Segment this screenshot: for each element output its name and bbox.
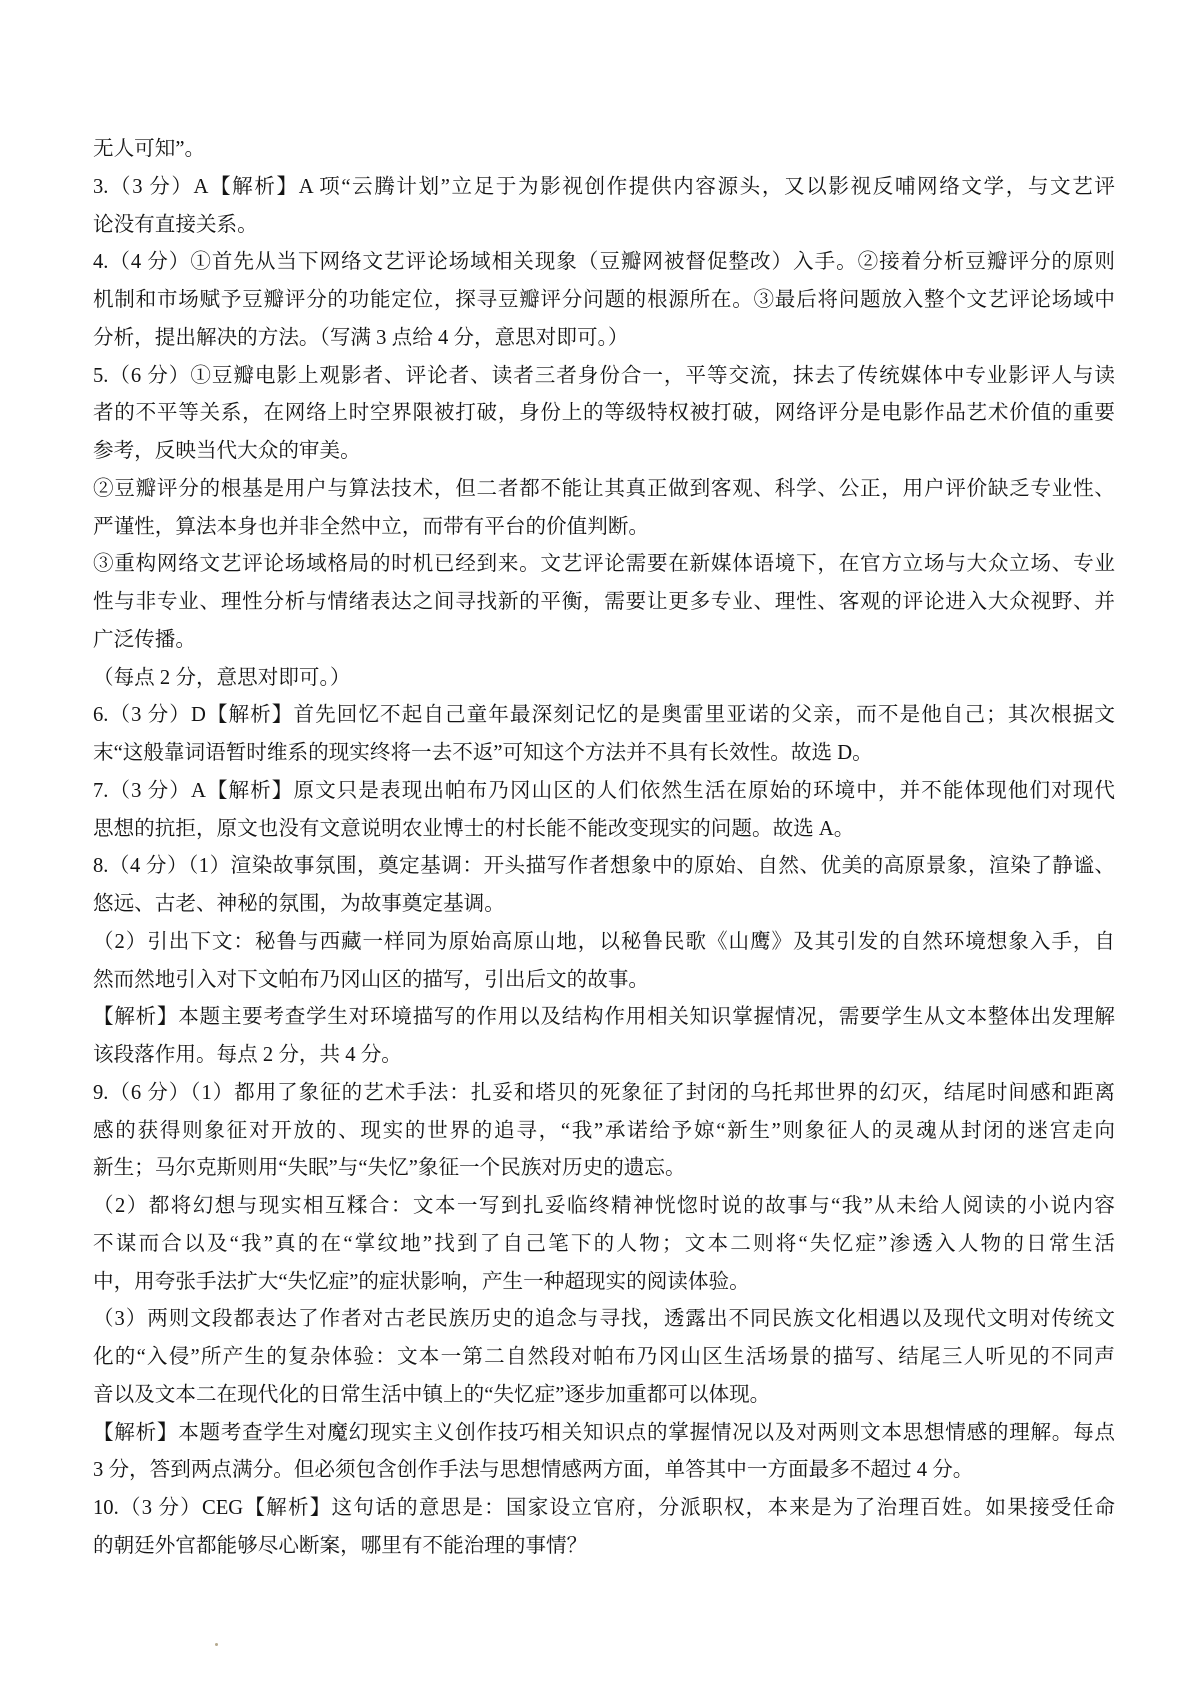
text-line: 论没有直接关系。 <box>93 207 1115 245</box>
text-line: ③重构网络文艺评论场域格局的时机已经到来。文艺评论需要在新媒体语境下，在官方立场… <box>93 546 1115 584</box>
text-line: 思想的抗拒，原文也没有文意说明农业博士的村长能不能改变现实的问题。故选 A。 <box>93 811 1115 849</box>
text-line: 4.（4 分）①首先从当下网络文艺评论场域相关现象（豆瓣网被督促整改）入手。②接… <box>93 244 1115 282</box>
text-line: 3.（3 分）A【解析】A 项“云腾计划”立足于为影视创作提供内容源头，又以影视… <box>93 169 1115 207</box>
text-line: 性与非专业、理性分析与情绪表达之间寻找新的平衡，需要让更多专业、理性、客观的评论… <box>93 584 1115 622</box>
text-line: （2）都将幻想与现实相互糅合：文本一写到扎妥临终精神恍惚时说的故事与“我”从未给… <box>93 1188 1115 1226</box>
text-line: 无人可知”。 <box>93 131 1115 169</box>
answer-text-block: 无人可知”。3.（3 分）A【解析】A 项“云腾计划”立足于为影视创作提供内容源… <box>93 131 1115 1566</box>
text-line: 感的获得则象征对开放的、现实的世界的追寻，“我”承诺给予婛“新生”则象征人的灵魂… <box>93 1113 1115 1151</box>
text-line: 7.（3 分）A【解析】原文只是表现出帕布乃冈山区的人们依然生活在原始的环境中，… <box>93 773 1115 811</box>
text-line: 5.（6 分）①豆瓣电影上观影者、评论者、读者三者身份合一，平等交流，抹去了传统… <box>93 358 1115 396</box>
text-line: 音以及文本二在现代化的日常生活中镇上的“失忆症”逐步加重都可以体现。 <box>93 1377 1115 1415</box>
text-line: 中，用夸张手法扩大“失忆症”的症状影响，产生一种超现实的阅读体验。 <box>93 1264 1115 1302</box>
text-line: 参考，反映当代大众的审美。 <box>93 433 1115 471</box>
text-line: 3 分，答到两点满分。但必须包含创作手法与思想情感两方面，单答其中一方面最多不超… <box>93 1452 1115 1490</box>
scan-speck <box>215 1643 218 1646</box>
text-line: （2）引出下文：秘鲁与西藏一样同为原始高原山地，以秘鲁民歌《山鹰》及其引发的自然… <box>93 924 1115 962</box>
text-line: 严谨性，算法本身也并非全然中立，而带有平台的价值判断。 <box>93 509 1115 547</box>
text-line: 然而然地引入对下文帕布乃冈山区的描写，引出后文的故事。 <box>93 962 1115 1000</box>
text-line: 广泛传播。 <box>93 622 1115 660</box>
text-line: 8.（4 分）（1）渲染故事氛围，奠定基调：开头描写作者想象中的原始、自然、优美… <box>93 848 1115 886</box>
text-line: （每点 2 分，意思对即可。） <box>93 660 1115 698</box>
text-line: 者的不平等关系，在网络上时空界限被打破，身份上的等级特权被打破，网络评分是电影作… <box>93 395 1115 433</box>
text-line: 【解析】本题考查学生对魔幻现实主义创作技巧相关知识点的掌握情况以及对两则文本思想… <box>93 1415 1115 1453</box>
text-line: 悠远、古老、神秘的氛围，为故事奠定基调。 <box>93 886 1115 924</box>
text-line: 10.（3 分）CEG【解析】这句话的意思是：国家设立官府，分派职权，本来是为了… <box>93 1490 1115 1528</box>
text-line: 该段落作用。每点 2 分，共 4 分。 <box>93 1037 1115 1075</box>
text-line: 9.（6 分）（1）都用了象征的艺术手法：扎妥和塔贝的死象征了封闭的乌托邦世界的… <box>93 1075 1115 1113</box>
text-line: 6.（3 分）D【解析】首先回忆不起自己童年最深刻记忆的是奥雷里亚诺的父亲，而不… <box>93 697 1115 735</box>
answer-sheet-page: 无人可知”。3.（3 分）A【解析】A 项“云腾计划”立足于为影视创作提供内容源… <box>0 0 1200 1698</box>
text-line: 【解析】本题主要考查学生对环境描写的作用以及结构作用相关知识掌握情况，需要学生从… <box>93 999 1115 1037</box>
text-line: （3）两则文段都表达了作者对古老民族历史的追念与寻找，透露出不同民族文化相遇以及… <box>93 1301 1115 1339</box>
text-line: 不谋而合以及“我”真的在“掌纹地”找到了自己笔下的人物；文本二则将“失忆症”渗透… <box>93 1226 1115 1264</box>
text-line: 分析，提出解决的方法。（写满 3 点给 4 分，意思对即可。） <box>93 320 1115 358</box>
text-line: 末“这般靠词语暂时维系的现实终将一去不返”可知这个方法并不具有长效性。故选 D。 <box>93 735 1115 773</box>
text-line: 新生；马尔克斯则用“失眠”与“失忆”象征一个民族对历史的遗忘。 <box>93 1150 1115 1188</box>
text-line: 的朝廷外官都能够尽心断案，哪里有不能治理的事情？ <box>93 1528 1115 1566</box>
text-line: 化的“入侵”所产生的复杂体验：文本一第二自然段对帕布乃冈山区生活场景的描写、结尾… <box>93 1339 1115 1377</box>
text-line: ②豆瓣评分的根基是用户与算法技术，但二者都不能让其真正做到客观、科学、公正，用户… <box>93 471 1115 509</box>
text-line: 机制和市场赋予豆瓣评分的功能定位，探寻豆瓣评分问题的根源所在。③最后将问题放入整… <box>93 282 1115 320</box>
